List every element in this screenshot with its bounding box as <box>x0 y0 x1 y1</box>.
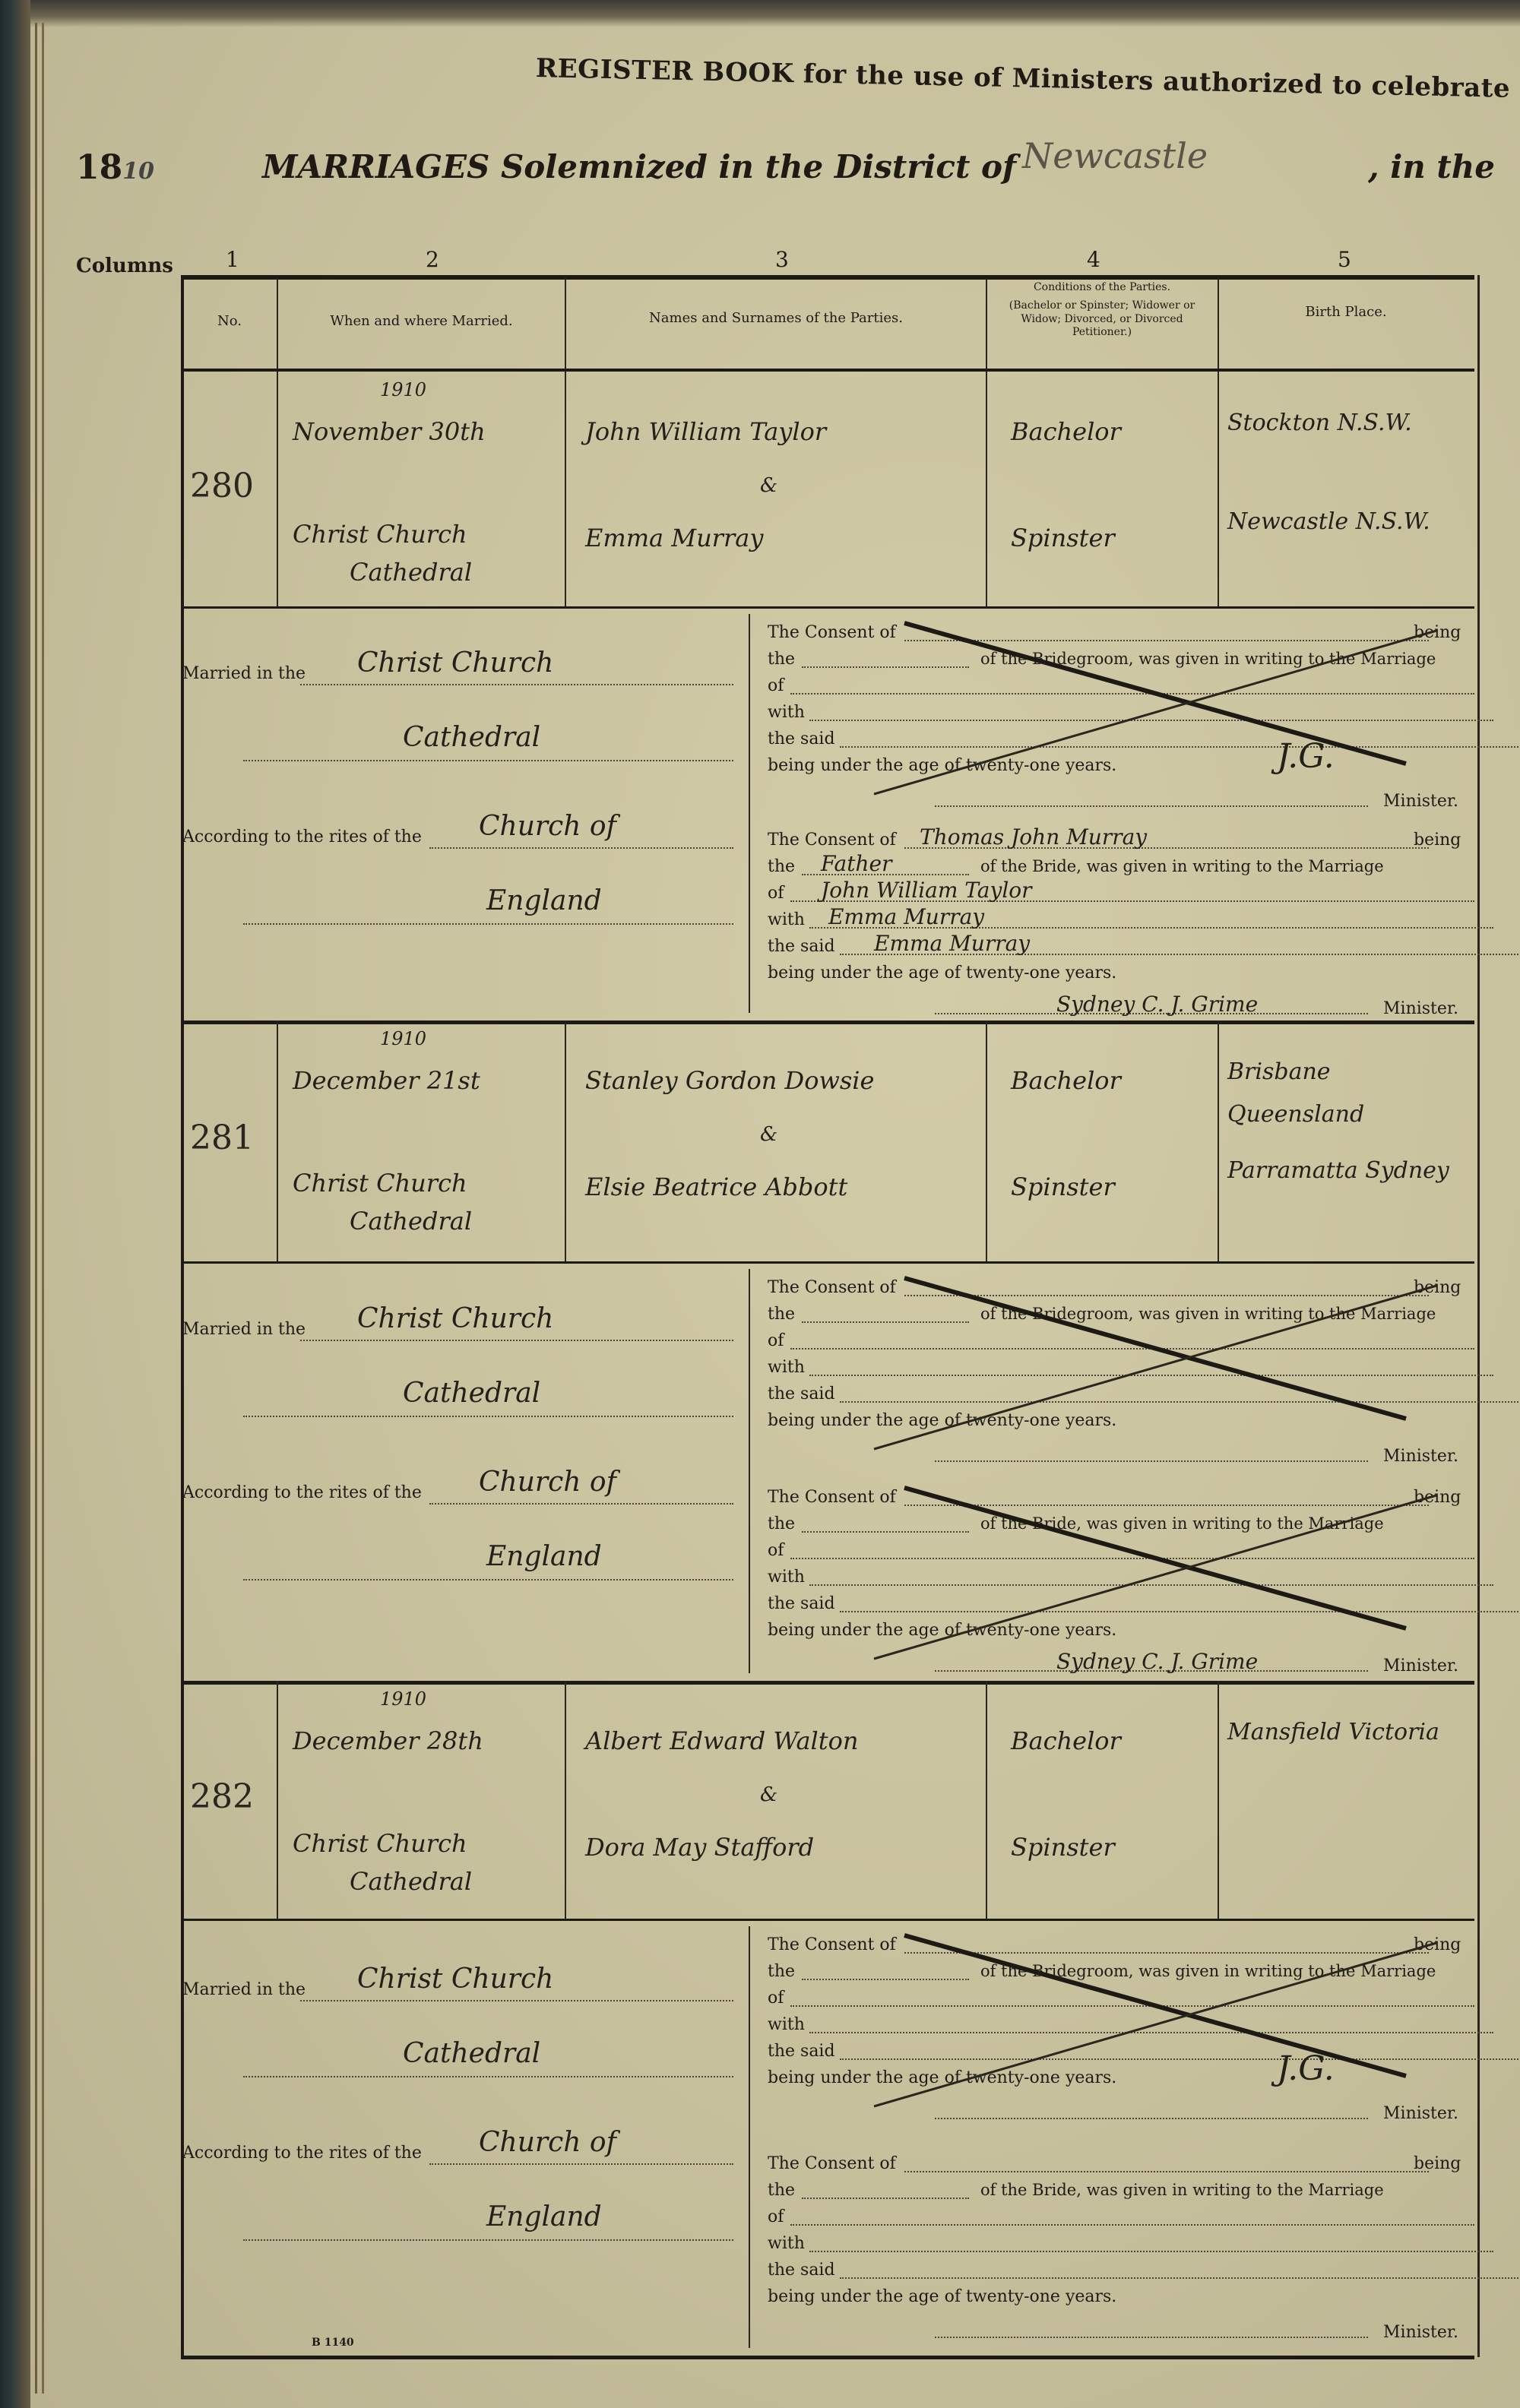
consent-the-label: the <box>768 857 795 876</box>
consent-the-said-label: the said <box>768 1384 835 1403</box>
entry-bottom-rule <box>181 1020 1474 1024</box>
married-in-line <box>300 1340 733 1341</box>
consent-the-label: the <box>768 1514 795 1533</box>
col-divider <box>986 372 987 606</box>
col-divider <box>986 278 987 369</box>
bride-birthplace: Newcastle N.S.W. <box>1227 501 1471 543</box>
consent-line <box>840 1401 1520 1403</box>
col-divider <box>986 1681 987 1919</box>
consent-relation-value: Father <box>821 851 891 876</box>
consent-of-marriage-label: of <box>768 1331 784 1350</box>
rites-value: Church of <box>479 811 616 842</box>
column-number-2: 2 <box>426 247 439 272</box>
bride-name: Dora May Stafford <box>585 1833 814 1862</box>
column-number-1: 1 <box>226 247 239 272</box>
groom-name: Stanley Gordon Dowsie <box>585 1066 874 1095</box>
consent-line <box>904 640 1429 641</box>
consent-being-label: being <box>1414 623 1461 642</box>
consent-line <box>904 2171 1429 2172</box>
consent-brace <box>749 1926 750 2348</box>
consent-with-label: with <box>768 910 805 929</box>
entry-year: 1910 <box>380 1028 426 1049</box>
minister-initials: J.G. <box>1277 737 1335 776</box>
married-in-value: Christ Church <box>357 1303 553 1334</box>
year-heading: 1810 <box>76 148 154 187</box>
consent-with-value: Emma Murray <box>828 904 984 929</box>
bride-condition: Spinster <box>1011 1172 1115 1201</box>
header-when-where: When and where Married. <box>278 313 565 331</box>
under-age-label: being under the age of twenty-one years. <box>768 2287 1116 2306</box>
rites-line-2 <box>243 2239 733 2241</box>
rites-value: Church of <box>479 1467 616 1498</box>
book-binding <box>0 0 30 2408</box>
col-divider <box>277 1020 278 1261</box>
minister-label: Minister. <box>1383 1447 1458 1466</box>
consent-line <box>840 2058 1520 2060</box>
under-age-label: being under the age of twenty-one years. <box>768 964 1116 983</box>
consent-brace <box>749 614 750 1013</box>
minister-label: Minister. <box>1383 999 1458 1018</box>
consent-the-label: the <box>768 1305 795 1324</box>
consent-with-label: with <box>768 2234 805 2253</box>
groom-condition: Bachelor <box>1011 417 1121 446</box>
column-number-3: 3 <box>775 247 789 272</box>
column-number-4: 4 <box>1087 247 1100 272</box>
married-in-value-2: Cathedral <box>403 1378 540 1409</box>
consent-of-party-label: of the Bridegroom, was given in writing … <box>980 650 1436 668</box>
header-bottom-rule <box>181 369 1474 372</box>
consent-of-label: The Consent of <box>768 2154 896 2173</box>
minister-signature: Sydney C. J. Grime <box>1056 992 1258 1017</box>
groom-condition: Bachelor <box>1011 1066 1121 1095</box>
consent-the-said-label: the said <box>768 1594 835 1613</box>
consent-line <box>809 1584 1493 1586</box>
row-divider <box>181 606 1474 609</box>
consent-marriage-of-value: John William Taylor <box>821 878 1032 903</box>
header-conditions-sub: (Bachelor or Spinster; Widower or Widow;… <box>996 299 1208 340</box>
married-in-value-2: Cathedral <box>403 2038 540 2069</box>
consent-being-label: being <box>1414 1488 1461 1507</box>
consent-of-label: The Consent of <box>768 831 896 850</box>
consent-of-marriage-label: of <box>768 884 784 903</box>
print-mark: B 1140 <box>312 2337 354 2349</box>
groom-name: Albert Edward Walton <box>585 1726 859 1755</box>
married-in-line-2 <box>243 760 733 761</box>
page-edge <box>35 23 44 2394</box>
consent-of-marriage-label: of <box>768 676 784 695</box>
consent-with-label: with <box>768 1568 805 1587</box>
header-birthplace: Birth Place. <box>1219 304 1473 321</box>
row-divider <box>181 1919 1474 1921</box>
consent-line <box>790 2224 1474 2226</box>
consent-of-label: The Consent of <box>768 1278 896 1297</box>
consent-with-label: with <box>768 2015 805 2034</box>
entry-number: 281 <box>190 1119 254 1157</box>
married-in-line <box>300 684 733 685</box>
under-age-label: being under the age of twenty-one years. <box>768 1411 1116 1430</box>
entry-year: 1910 <box>380 379 426 400</box>
rites-line <box>429 2163 733 2165</box>
ampersand: & <box>760 1123 777 1146</box>
marriage-place-line1: Christ Church <box>293 520 467 549</box>
header-names: Names and Surnames of the Parties. <box>566 310 986 328</box>
marriage-place-line2: Cathedral <box>350 558 472 587</box>
groom-birthplace: Brisbane Queensland <box>1227 1051 1471 1136</box>
consent-line <box>904 1952 1429 1954</box>
consent-of-party-label: of the Bridegroom, was given in writing … <box>980 1305 1436 1323</box>
minister-line <box>935 2118 1368 2119</box>
rites-value-2: England <box>486 885 602 916</box>
minister-line <box>935 2337 1368 2338</box>
marriage-date: December 28th <box>293 1726 483 1755</box>
consent-line <box>802 1531 969 1533</box>
consent-the-said-label: the said <box>768 729 835 748</box>
consent-line <box>809 720 1493 721</box>
column-number-5: 5 <box>1338 247 1351 272</box>
title-suffix: , in the <box>1368 148 1495 185</box>
consent-of-party-label: of the Bride, was given in writing to th… <box>980 857 1384 875</box>
under-age-label: being under the age of twenty-one years. <box>768 2068 1116 2087</box>
consent-with-label: with <box>768 703 805 722</box>
consent-being-label: being <box>1414 1278 1461 1297</box>
bride-name: Elsie Beatrice Abbott <box>585 1172 847 1201</box>
consent-of-party-label: of the Bridegroom, was given in writing … <box>980 1962 1436 1980</box>
minister-label: Minister. <box>1383 2104 1458 2123</box>
consent-of-marriage-label: of <box>768 1989 784 2008</box>
rites-label: According to the rites of the <box>182 827 422 846</box>
consent-line <box>809 1375 1493 1376</box>
rites-label: According to the rites of the <box>182 1483 422 1502</box>
married-in-label: Married in the <box>182 1320 306 1339</box>
marriage-place-line1: Christ Church <box>293 1829 467 1858</box>
col-divider <box>1218 278 1219 369</box>
district-value: Newcastle <box>1022 135 1208 176</box>
consent-brace <box>749 1269 750 1673</box>
table-bottom-rule <box>181 2356 1474 2359</box>
consent-the-label: the <box>768 650 795 669</box>
rites-value: Church of <box>479 2127 616 2158</box>
consent-of-label: The Consent of <box>768 623 896 642</box>
consent-line <box>802 1979 969 1980</box>
consent-the-said-label: the said <box>768 2261 835 2280</box>
col-divider <box>565 1020 566 1261</box>
consent-line <box>904 1505 1429 1506</box>
groom-birthplace: Stockton N.S.W. <box>1227 402 1471 445</box>
entry-number: 282 <box>190 1777 254 1816</box>
page-top-shadow <box>30 0 1520 27</box>
groom-birthplace: Mansfield Victoria <box>1227 1711 1471 1754</box>
rites-value-2: England <box>486 2201 602 2232</box>
minister-signature: Sydney C. J. Grime <box>1056 1649 1258 1674</box>
under-age-label: being under the age of twenty-one years. <box>768 1621 1116 1640</box>
consent-line <box>840 746 1520 748</box>
marriages-title: MARRIAGES Solemnized in the District of <box>262 148 1016 185</box>
consent-line <box>790 1558 1474 1559</box>
col-divider <box>1218 1681 1219 1919</box>
married-in-value: Christ Church <box>357 647 553 679</box>
married-in-label: Married in the <box>182 1980 306 1999</box>
consent-of-marriage-label: of <box>768 1541 784 1560</box>
groom-condition: Bachelor <box>1011 1726 1121 1755</box>
consent-the-said-value: Emma Murray <box>874 931 1030 956</box>
married-in-label: Married in the <box>182 664 306 683</box>
consent-of-marriage-label: of <box>768 2207 784 2226</box>
header-conditions-title: Conditions of the Parties. <box>988 281 1216 295</box>
header-no: No. <box>182 313 277 331</box>
minister-line <box>935 1460 1368 1462</box>
consent-being-label: being <box>1414 2154 1461 2173</box>
col-divider <box>1218 1020 1219 1261</box>
under-age-label: being under the age of twenty-one years. <box>768 756 1116 775</box>
married-in-line <box>300 2000 733 2001</box>
consent-of-label: The Consent of <box>768 1935 896 1954</box>
married-in-line-2 <box>243 2076 733 2077</box>
bride-condition: Spinster <box>1011 1833 1115 1862</box>
bride-condition: Spinster <box>1011 524 1115 552</box>
year-printed: 18 <box>76 148 122 187</box>
consent-of-label: The Consent of <box>768 1488 896 1507</box>
row-divider <box>181 1261 1474 1264</box>
consent-of-party-label: of the Bride, was given in writing to th… <box>980 1514 1384 1533</box>
bride-name: Emma Murray <box>585 524 763 552</box>
marriage-place-line2: Cathedral <box>350 1867 472 1896</box>
entry-bottom-rule <box>181 1681 1474 1685</box>
consent-the-label: the <box>768 1962 795 1981</box>
rites-line <box>429 847 733 849</box>
groom-name: John William Taylor <box>585 417 826 446</box>
minister-label: Minister. <box>1383 1656 1458 1675</box>
consent-of-party-label: of the Bride, was given in writing to th… <box>980 2181 1384 2199</box>
marriage-date: November 30th <box>293 417 486 446</box>
rites-line-2 <box>243 923 733 925</box>
rites-line-2 <box>243 1579 733 1581</box>
married-in-value: Christ Church <box>357 1963 553 1995</box>
consent-line <box>802 666 969 668</box>
minister-initials: J.G. <box>1277 2049 1335 2088</box>
col-divider <box>565 1681 566 1919</box>
consent-line <box>790 1348 1474 1350</box>
marriage-date: December 21st <box>293 1066 480 1095</box>
consent-line <box>809 2251 1493 2252</box>
col-divider <box>277 372 278 606</box>
consent-line <box>802 1321 969 1323</box>
columns-label: Columns <box>76 255 173 277</box>
minister-line <box>935 805 1368 807</box>
consent-line <box>904 1295 1429 1296</box>
consent-line <box>802 2198 969 2199</box>
consent-line <box>809 2032 1493 2033</box>
entry-number: 280 <box>190 467 254 505</box>
consent-being-label: being <box>1414 831 1461 850</box>
minister-label: Minister. <box>1383 792 1458 811</box>
consent-with-label: with <box>768 1358 805 1377</box>
col-divider <box>565 372 566 606</box>
marriage-place-line1: Christ Church <box>293 1169 467 1198</box>
marriage-place-line2: Cathedral <box>350 1207 472 1236</box>
minister-label: Minister. <box>1383 2323 1458 2342</box>
year-handwritten: 10 <box>122 158 154 185</box>
married-in-value-2: Cathedral <box>403 722 540 753</box>
married-in-line-2 <box>243 1416 733 1417</box>
rites-label: According to the rites of the <box>182 2144 422 2163</box>
consent-the-said-label: the said <box>768 937 835 956</box>
consent-line <box>840 1611 1520 1612</box>
table-top-rule <box>181 275 1474 280</box>
consent-line <box>790 2005 1474 2007</box>
consent-the-label: the <box>768 2181 795 2200</box>
entry-year: 1910 <box>380 1688 426 1710</box>
bride-birthplace: Parramatta Sydney <box>1227 1150 1471 1192</box>
consent-line <box>790 693 1474 695</box>
consent-line <box>840 2277 1520 2279</box>
consent-the-said-label: the said <box>768 2042 835 2061</box>
col-divider <box>1218 372 1219 606</box>
rites-line <box>429 1503 733 1505</box>
ampersand: & <box>760 474 777 497</box>
col-divider <box>986 1020 987 1261</box>
consent-being-label: being <box>1414 1935 1461 1954</box>
rites-value-2: England <box>486 1541 602 1572</box>
consent-of-value: Thomas John Murray <box>920 824 1147 850</box>
ampersand: & <box>760 1783 777 1806</box>
col-divider <box>277 1681 278 1919</box>
